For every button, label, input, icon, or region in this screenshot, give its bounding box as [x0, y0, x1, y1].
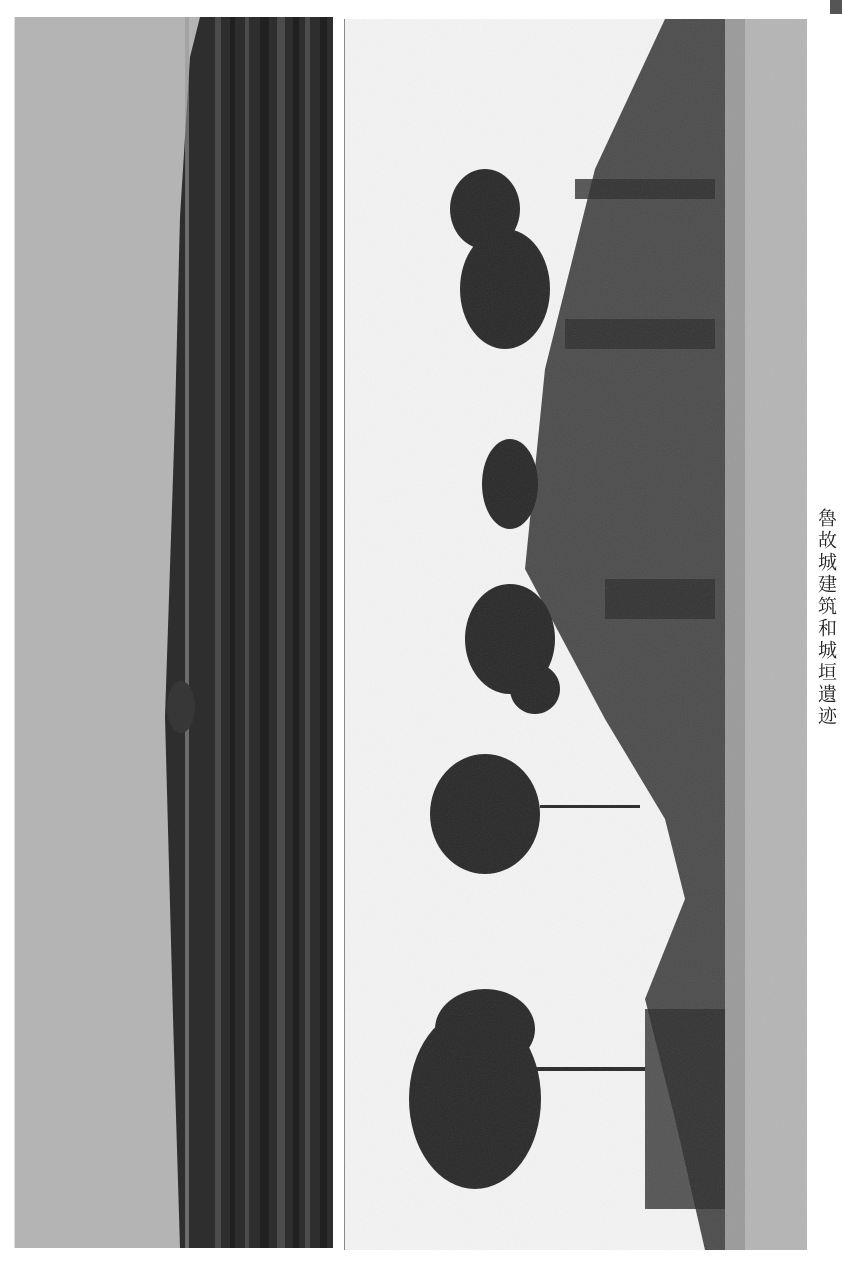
page-edge-mark	[830, 0, 842, 14]
landscape-illustration	[15, 17, 333, 1248]
city-wall-photo	[344, 19, 807, 1250]
figure-caption: 魯故城建筑和城垣遺迹	[816, 508, 840, 728]
landscape-photo	[14, 17, 333, 1248]
city-wall-illustration	[345, 19, 807, 1250]
